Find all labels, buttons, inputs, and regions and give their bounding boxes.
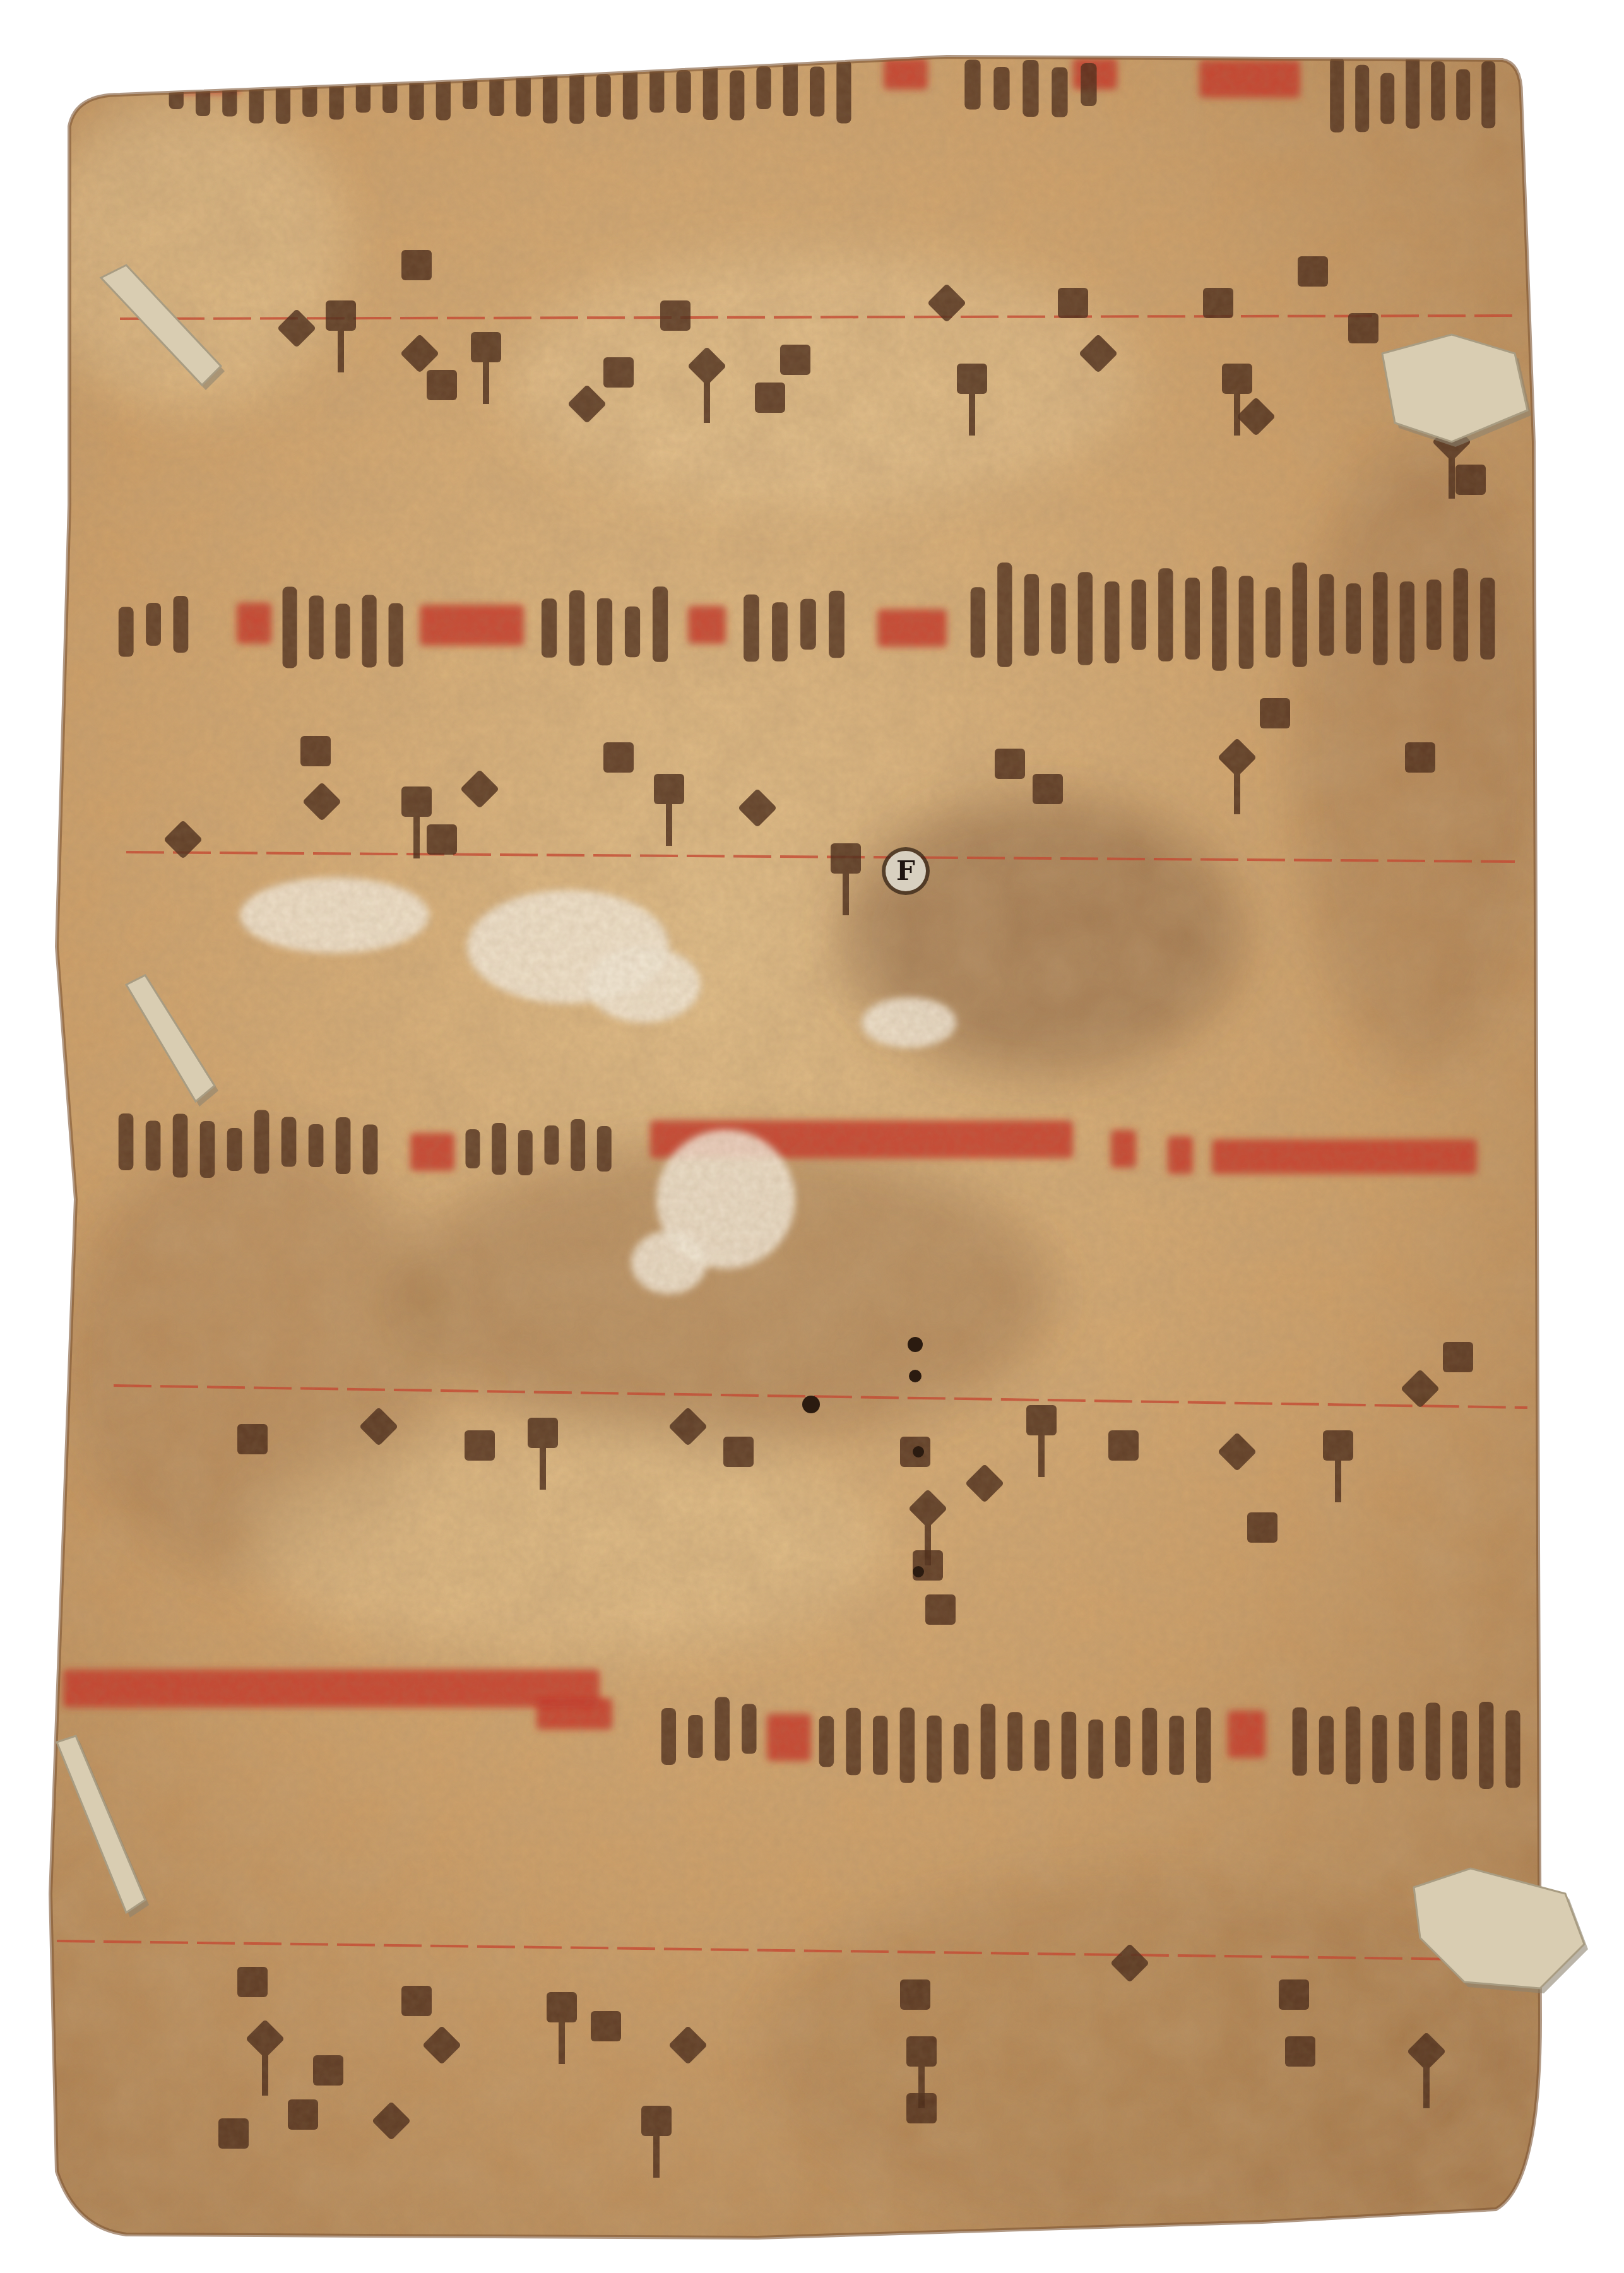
manuscript-binding-illustration: F (0, 0, 1624, 2273)
vellum-cover: F (0, 0, 1624, 2273)
worm-hole (913, 1446, 924, 1457)
worm-hole (802, 1396, 820, 1413)
stamp-letter: F (896, 855, 915, 886)
book-cover-photo: F Limp vellum book binding made from a r… (0, 0, 1624, 2273)
fine-texture (0, 0, 1624, 2273)
worm-hole (913, 1566, 924, 1577)
worm-hole (909, 1370, 922, 1382)
worm-hole (908, 1337, 923, 1352)
